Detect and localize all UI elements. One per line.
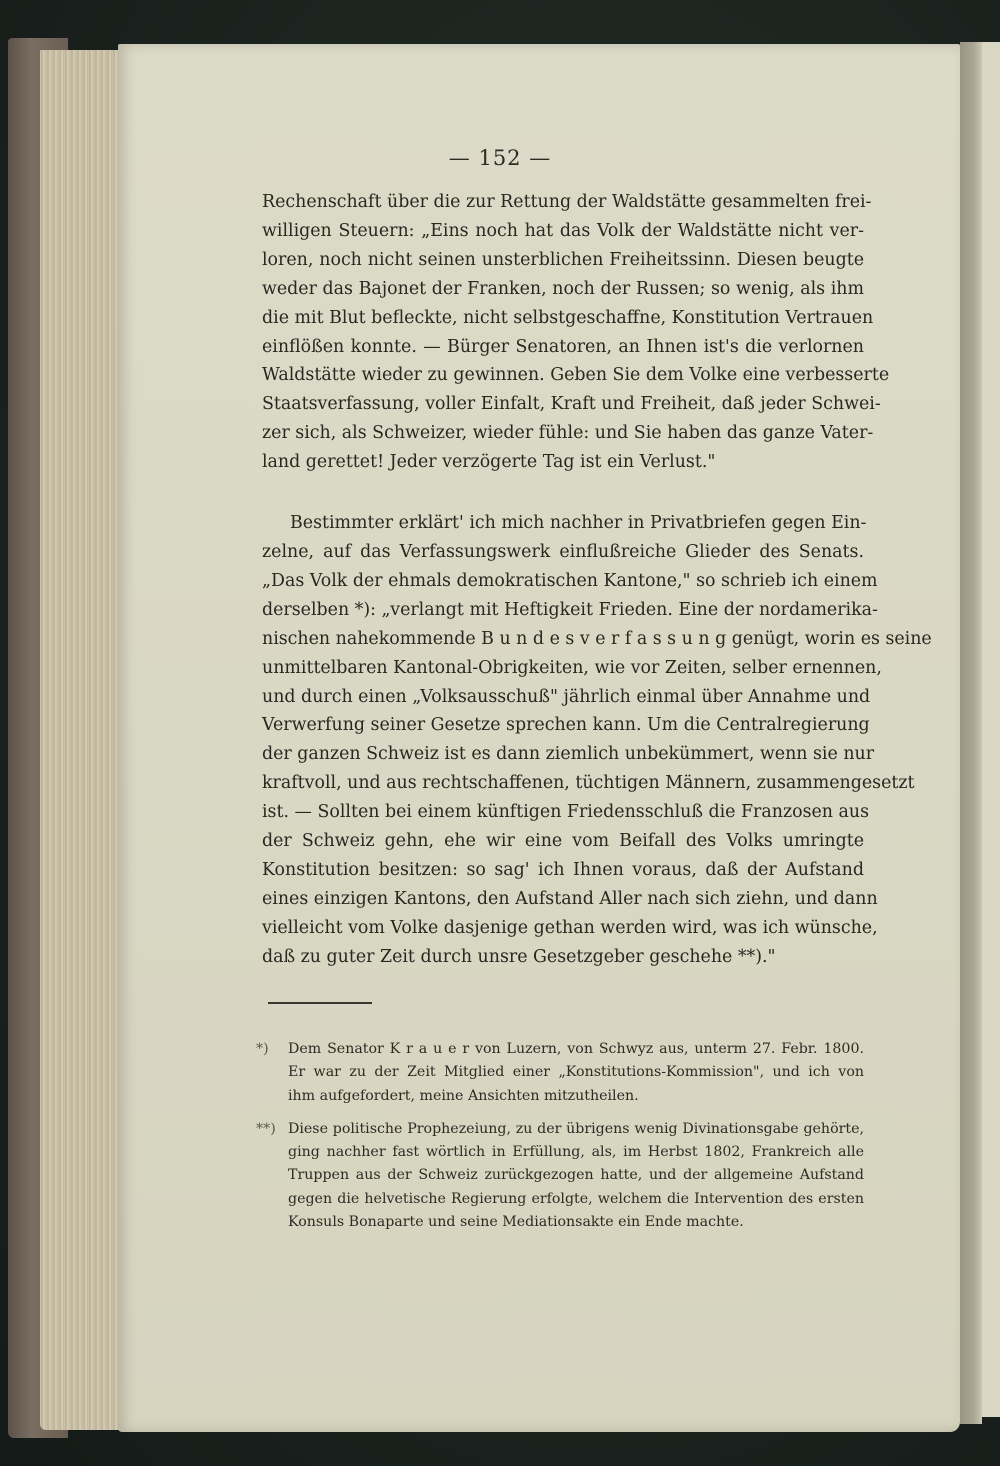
text-line: der ganzen Schweiz ist es dann ziemlich … — [262, 740, 864, 769]
footnote-line: Konsuls Bonaparte und seine Mediationsak… — [282, 1211, 864, 1234]
footnote-line: Er war zu der Zeit Mitglied einer „Konst… — [282, 1061, 864, 1084]
text-line: nischen nahekommende B u n d e s v e r f… — [262, 625, 864, 654]
text-line: zer sich, als Schweizer, wieder fühle: u… — [262, 419, 864, 448]
text-line: daß zu guter Zeit durch unsre Gesetzgebe… — [262, 943, 864, 972]
text-line: einflößen konnte. — Bürger Senatoren, an… — [262, 333, 864, 362]
footnote-line: gegen die helvetische Regierung erfolgte… — [282, 1188, 864, 1211]
footnote-separator — [268, 1002, 372, 1004]
paragraph-2: Bestimmter erklärt' ich mich nachher in … — [262, 509, 864, 972]
footnote-marker: **) — [256, 1118, 276, 1141]
body-text: Rechenschaft über die zur Rettung der Wa… — [262, 188, 864, 972]
footnote-line: ihm aufgefordert, meine Ansichten mitzut… — [282, 1085, 864, 1108]
text-line: der Schweiz gehn, ehe wir eine vom Beifa… — [262, 827, 864, 856]
paragraph-1: Rechenschaft über die zur Rettung der Wa… — [262, 188, 864, 477]
text-line: zelne, auf das Verfassungswerk einflußre… — [262, 538, 864, 567]
text-line: und durch einen „Volksausschuß" jährlich… — [262, 683, 864, 712]
text-line: Staatsverfassung, voller Einfalt, Kraft … — [262, 390, 864, 419]
footnote-2: **) Diese politische Prophezeiung, zu de… — [282, 1118, 864, 1234]
footnote-marker: *) — [256, 1038, 269, 1061]
text-line: Konstitution besitzen: so sag' ich Ihnen… — [262, 856, 864, 885]
text-line: eines einzigen Kantons, den Aufstand All… — [262, 885, 864, 914]
footnotes: *) Dem Senator K r a u e r von Luzern, v… — [282, 1038, 864, 1244]
text-line: loren, noch nicht seinen unsterblichen F… — [262, 246, 864, 275]
text-line: derselben *): „verlangt mit Heftigkeit F… — [262, 596, 864, 625]
text-line: Verwerfung seiner Gesetze sprechen kann.… — [262, 711, 864, 740]
footnote-1: *) Dem Senator K r a u e r von Luzern, v… — [282, 1038, 864, 1108]
page-stack-edge — [40, 50, 120, 1430]
text-line: Rechenschaft über die zur Rettung der Wa… — [262, 188, 864, 217]
text-line: „Das Volk der ehmals demokratischen Kant… — [262, 567, 864, 596]
footnote-line: ging nachher fast wörtlich in Erfüllung,… — [282, 1141, 864, 1164]
facing-page-edge — [982, 42, 1000, 1417]
text-line: Waldstätte wieder zu gewinnen. Geben Sie… — [262, 361, 864, 390]
footnote-line: Truppen aus der Schweiz zurückgezogen ha… — [282, 1164, 864, 1187]
page-number: — 152 — — [0, 146, 1000, 170]
footnote-line: Diese politische Prophezeiung, zu der üb… — [282, 1118, 864, 1141]
text-line: ist. — Sollten bei einem künftigen Fried… — [262, 798, 864, 827]
book-gutter — [960, 42, 982, 1424]
text-line: land gerettet! Jeder verzögerte Tag ist … — [262, 448, 864, 477]
text-line: unmittelbaren Kantonal-Obrigkeiten, wie … — [262, 654, 864, 683]
text-line: vielleicht vom Volke dasjenige gethan we… — [262, 914, 864, 943]
paragraph-gap — [262, 477, 864, 509]
text-line: kraftvoll, und aus rechtschaffenen, tüch… — [262, 769, 864, 798]
text-line: weder das Bajonet der Franken, noch der … — [262, 275, 864, 304]
text-line: willigen Steuern: „Eins noch hat das Vol… — [262, 217, 864, 246]
text-line: die mit Blut befleckte, nicht selbstgesc… — [262, 304, 864, 333]
text-line: Bestimmter erklärt' ich mich nachher in … — [262, 509, 864, 538]
footnote-line: Dem Senator K r a u e r von Luzern, von … — [282, 1038, 864, 1061]
